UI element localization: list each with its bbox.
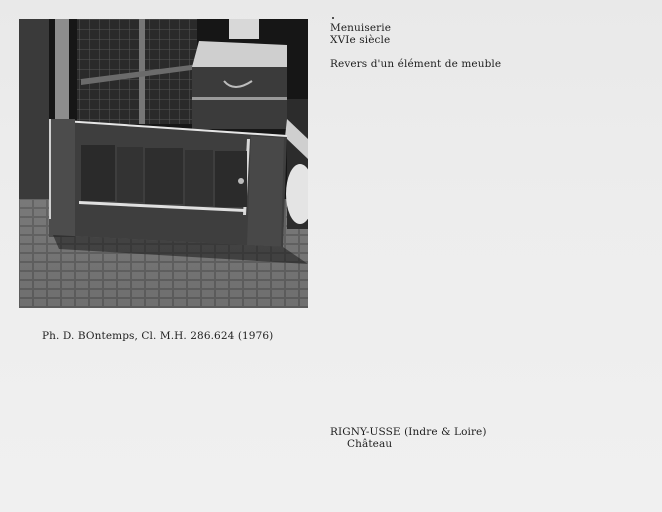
photo-credit: Ph. D. BOntemps, Cl. M.H. 286.624 (1976) [42,330,273,343]
description-label: Revers d'un élément de meuble [330,58,501,71]
location-building: Château [347,438,392,451]
photo-illustration [19,19,308,308]
period-label: XVIe siècle [330,34,390,47]
accent-dot [332,17,334,19]
catalog-card: Menuiserie XVIe siècle Revers d'un éléme… [0,0,662,512]
archival-photograph [19,19,308,308]
